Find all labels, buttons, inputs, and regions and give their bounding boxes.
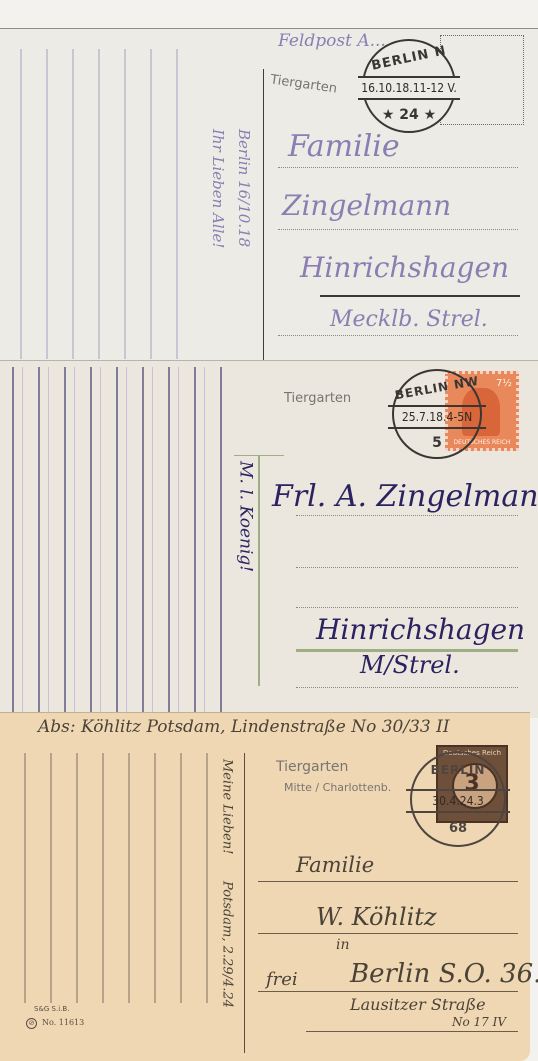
address-line-5: Lausitzer Straße <box>350 995 486 1014</box>
divider-top-line <box>234 455 284 456</box>
postmark: BERLIN NW 25.7.18.4-5N 5 <box>392 369 482 459</box>
message-greeting: Meine Lieben! <box>218 759 234 879</box>
divider-line <box>263 69 264 369</box>
postmark-date: 30.4.24.3 <box>406 789 510 813</box>
address-line-3: in <box>336 937 350 953</box>
address-line-4: Mecklb. Strel. <box>330 307 488 332</box>
pencil-note: Tiergarten <box>269 72 338 96</box>
pencil-note-1: Tiergarten <box>276 759 348 775</box>
address-rule <box>278 167 518 168</box>
address-line-3: Hinrichshagen <box>300 251 509 284</box>
postmark: BERLIN 30.4.24.3 68 <box>410 751 506 847</box>
divider-line <box>244 753 245 1053</box>
address-rule <box>296 515 518 516</box>
address-line-3: M/Strel. <box>360 651 460 679</box>
address-line-1: Familie <box>296 853 374 877</box>
address-rule <box>278 335 518 336</box>
address-line-1: Frl. A. Zingelmann <box>272 479 538 514</box>
sender-line: Abs: Köhlitz Potsdam, Lindenstraße No 30… <box>38 717 450 737</box>
postmark-city: BERLIN NW <box>393 374 480 403</box>
address-line-6: No 17 IV <box>452 1015 506 1029</box>
postmark-district: 68 <box>412 821 504 836</box>
catalog-number: No. 11613 <box>42 1018 84 1027</box>
message-date: Berlin 16/10.18 <box>234 129 253 359</box>
printer-mark: S&G S.i.B. <box>34 1005 69 1013</box>
pencil-note: Tiergarten <box>284 391 351 406</box>
postmark: BERLIN N 16.10.18.11-12 V. ★ 24 ★ <box>362 39 456 133</box>
message-body-handwriting <box>6 49 202 359</box>
postcard-1: Feldpost A... Tiergarten BERLIN N 16.10.… <box>0 28 538 364</box>
postcard-3: Abs: Köhlitz Potsdam, Lindenstraße No 30… <box>0 712 530 1061</box>
address-rule <box>306 1031 518 1032</box>
address-rule <box>296 687 518 688</box>
message-body-handwriting <box>8 753 212 1003</box>
message-body-handwriting <box>2 367 228 717</box>
postmark-date: 25.7.18.4-5N <box>388 405 486 429</box>
message-place-date: Potsdam, 2.29/4.24 <box>218 881 234 1041</box>
address-line-2: Hinrichshagen <box>316 613 525 646</box>
stamp-value: 7½ <box>496 378 512 389</box>
address-line-1: Familie <box>288 129 400 164</box>
postmark-district: ★ 24 ★ <box>364 107 454 123</box>
address-rule <box>258 881 518 882</box>
postcard-2: Tiergarten 7½ DEUTSCHES REICH BERLIN NW … <box>0 360 538 718</box>
address-line-2: W. Köhlitz <box>316 903 437 931</box>
postmark-date: 16.10.18.11-12 V. <box>358 76 460 100</box>
address-underline <box>320 295 520 297</box>
postmark-district: 5 <box>394 435 480 451</box>
address-rule <box>296 567 518 568</box>
header-note: Feldpost A... <box>278 31 386 51</box>
address-line-2: Zingelmann <box>282 189 451 222</box>
address-rule <box>296 607 518 608</box>
pencil-note-2: Mitte / Charlottenb. <box>284 781 391 794</box>
address-line-4: Berlin S.O. 36. <box>350 959 538 989</box>
address-rule <box>258 991 518 992</box>
message-greeting: M. l. Koenig! <box>234 461 255 681</box>
postmark-city: BERLIN <box>412 763 504 777</box>
message-greeting: Ihr Lieben Alle! <box>208 129 227 329</box>
publisher-logo-icon: ⊘ <box>26 1018 37 1029</box>
address-rule <box>258 933 518 934</box>
divider-line <box>258 456 260 686</box>
address-prefix: frei <box>266 969 298 990</box>
postmark-district-number: 24 <box>399 107 418 123</box>
address-rule <box>278 229 518 230</box>
